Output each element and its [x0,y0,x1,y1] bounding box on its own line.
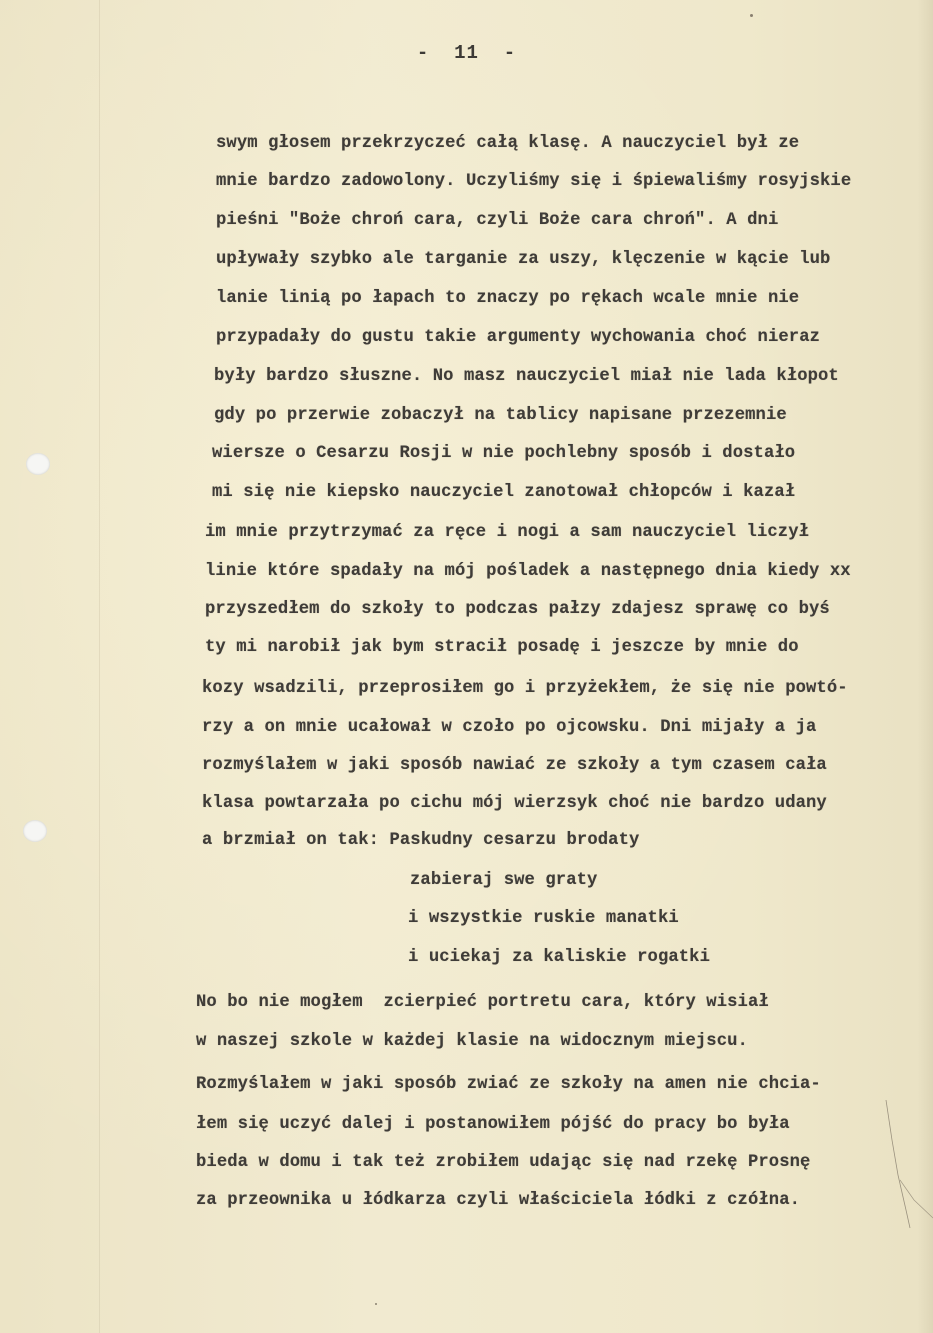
poem-line: zabieraj swe graty [410,870,597,892]
text-line: a brzmiał on tak: Paskudny cesarzu broda… [202,830,639,852]
paper-crease-mark [880,1100,933,1230]
text-line: gdy po przerwie zobaczył na tablicy napi… [214,405,787,427]
text-line: kozy wsadzili, przeprosiłem go i przyżek… [202,678,848,700]
ink-speck [375,1303,377,1305]
text-line: za przeownika u łódkarza czyli właścicie… [196,1190,800,1212]
text-line: przypadały do gustu takie argumenty wych… [216,327,820,349]
text-line: wiersze o Cesarzu Rosji w nie pochlebny … [212,443,795,465]
text-line: rzy a on mnie ucałował w czoło po ojcows… [202,717,816,739]
ink-speck [750,14,753,17]
text-line: klasa powtarzała po cichu mój wierzsyk c… [202,793,827,815]
text-line: swym głosem przekrzyczeć całą klasę. A n… [216,133,799,155]
text-line: Rozmyślałem w jaki sposób zwiać ze szkoł… [196,1074,821,1096]
text-line: mnie bardzo zadowolony. Uczyliśmy się i … [216,171,851,193]
text-line: rozmyślałem w jaki sposób nawiać ze szko… [202,755,827,777]
text-line: linie które spadały na mój pośladek a na… [205,561,851,583]
text-line: No bo nie mogłem zcierpieć portretu cara… [196,992,769,1014]
text-line: lanie linią po łapach to znaczy po rękac… [216,288,799,310]
text-line: łem się uczyć dalej i postanowiłem pójść… [196,1114,790,1136]
text-line: mi się nie kiepsko nauczyciel zanotował … [212,482,795,504]
text-line: bieda w domu i tak też zrobiłem udając s… [196,1152,810,1174]
punch-hole-bottom [23,820,47,842]
text-line: w naszej szkole w każdej klasie na widoc… [196,1031,748,1053]
text-line: upływały szybko ale targanie za uszy, kl… [216,249,830,271]
page-number: - 11 - [0,42,933,64]
text-line: przyszedłem do szkoły to podczas pałzy z… [205,599,830,621]
text-line: ty mi narobił jak bym stracił posadę i j… [205,637,799,659]
text-line: pieśni "Boże chroń cara, czyli Boże cara… [216,210,778,232]
punch-hole-top [26,453,50,475]
poem-line: i wszystkie ruskie manatki [408,908,679,930]
text-line: były bardzo słuszne. No masz nauczyciel … [214,366,839,388]
text-line: im mnie przytrzymać za ręce i nogi a sam… [205,522,809,544]
margin-fold-line [99,0,100,1333]
poem-line: i uciekaj za kaliskie rogatki [408,947,710,969]
